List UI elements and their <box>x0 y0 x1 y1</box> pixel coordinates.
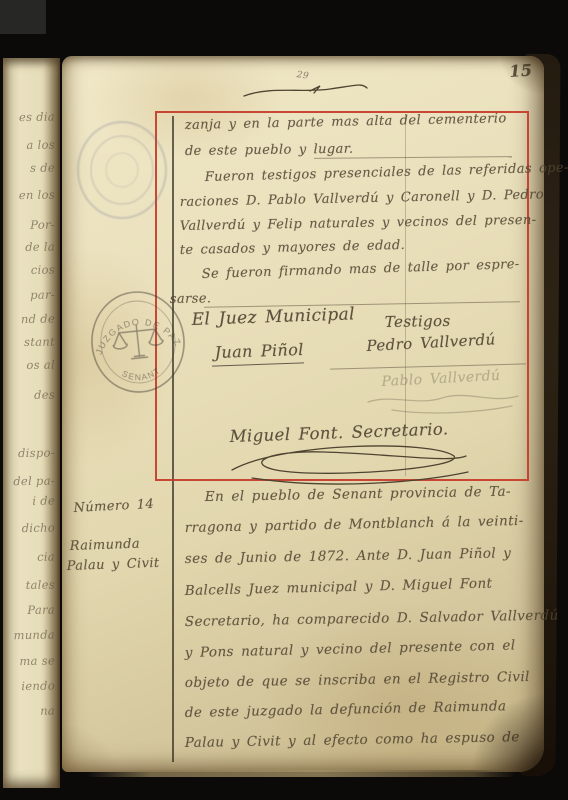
scanner-cradle-corner <box>0 0 46 34</box>
left-page-fragment: s de <box>0 161 55 176</box>
signature-judge: Juan Piñol <box>214 340 304 362</box>
manuscript-line: Secretario, ha comparecido D. Salvador V… <box>185 607 559 630</box>
stamp-arc-bottom-text: SENANT <box>120 364 164 384</box>
margin-note-name2: Palau y Civit <box>66 556 159 574</box>
left-page-fragment: Por- <box>0 218 55 233</box>
left-page-fragment: de la <box>0 240 55 255</box>
left-page-fragment: es dia <box>0 110 55 125</box>
left-page-fragment: ma se <box>0 654 55 669</box>
left-page-fragment: munda <box>0 628 55 643</box>
left-page-fragment: par- <box>0 288 55 303</box>
left-page-fragment: cios <box>0 263 55 278</box>
left-page-fragment: stant <box>0 335 55 350</box>
left-page-fragment: iendo <box>0 679 55 694</box>
left-page-fragment: i de <box>0 494 55 509</box>
manuscript-line: Balcells Juez municipal y D. Miguel Font <box>185 575 493 599</box>
left-page-fragment: os al <box>0 358 55 373</box>
left-page-edge: es dia a los s de en los Por- de la cios… <box>3 58 60 788</box>
faint-round-stamp-icon <box>72 116 172 224</box>
left-page-fragment: nd de <box>0 312 55 327</box>
left-page-fragment: tales <box>0 578 55 593</box>
folio-number: 15 <box>509 60 533 81</box>
left-page-fragment: en los <box>0 188 55 203</box>
page-stack-edge <box>86 770 516 777</box>
faint-rubric-icon <box>362 390 532 416</box>
register-page: 15 29 JUZGADO DE PAZ SENANT zanja y en l… <box>62 56 544 772</box>
svg-text:SENANT: SENANT <box>120 364 164 384</box>
manuscript-line: y Pons natural y vecino del presente con… <box>185 637 516 661</box>
manuscript-line: de este juzgado la defunción de Raimunda <box>185 698 507 721</box>
left-page-fragment: dicho <box>0 521 55 536</box>
left-page-fragment: cia <box>0 550 55 565</box>
margin-note-name1: Raimunda <box>69 537 140 554</box>
manuscript-line: objeto de que se inscriba en el Registro… <box>185 669 530 691</box>
ink-mark: 29 <box>296 70 310 82</box>
manuscript-line: sarse. <box>170 291 212 307</box>
signature-title-witnesses: Testigos <box>385 312 451 331</box>
manuscript-line: rragona y partido de Montblanch á la vei… <box>185 513 524 536</box>
left-page-fragment: Para <box>0 603 55 618</box>
manuscript-line: ses de Junio de 1872. Ante D. Juan Piñol… <box>185 545 512 567</box>
left-page-fragment: dispo- <box>0 446 55 461</box>
left-page-fragment: a los <box>0 138 55 153</box>
manuscript-line: de este pueblo y lugar. <box>185 142 354 159</box>
left-page-fragment: des <box>0 388 55 403</box>
top-flourish-icon <box>240 82 372 100</box>
left-page-fragment: del pa- <box>0 474 55 489</box>
secretary-rubric-icon <box>212 446 492 488</box>
margin-note-number: Número 14 <box>73 497 154 516</box>
left-page-fragment: na <box>0 704 55 719</box>
manuscript-line: Palau y Civit y al efecto como ha espuso… <box>185 729 520 751</box>
